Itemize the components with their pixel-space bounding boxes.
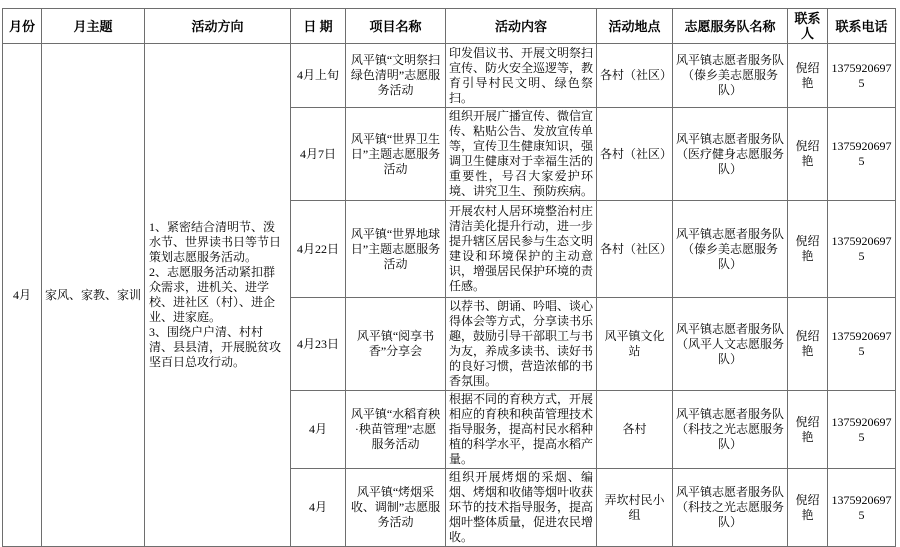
project-cell: 风平镇“世界地球日”主题志愿服务活动: [346, 201, 446, 298]
date-cell: 4月: [291, 469, 346, 519]
date-cell: 4月7日: [291, 108, 346, 201]
contact-cell: 倪绍艳: [788, 298, 828, 391]
contact-cell: 倪绍艳: [788, 201, 828, 298]
content-cell: 开展农村人居环境整治村庄清洁美化提升行动，进一步提升辖区居民参与生态文明建设和环…: [446, 201, 597, 298]
location-cell: 各村（社区）: [597, 44, 673, 108]
contact-cell: 倪绍艳: [788, 469, 828, 519]
date-cell: 4月23日: [291, 298, 346, 391]
date-cell: 4月: [291, 391, 346, 469]
phone-cell: 13759206975: [828, 391, 896, 469]
phone-cell: 13759206975: [828, 108, 896, 201]
location-cell: 各村（社区）: [597, 108, 673, 201]
location-cell: 弄坎村民小组: [597, 469, 673, 519]
location-cell: 各村（社区）: [597, 201, 673, 298]
team-cell: 风平镇志愿者服务队（医疗健身志愿服务队）: [673, 108, 788, 201]
header-date: 日 期: [291, 9, 346, 44]
content-cell: 组织开展烤烟的采烟、编烟、烤烟和收储等烟叶收获环节的技术指导服务，提高烟叶整体质…: [446, 469, 597, 519]
project-cell: 风平镇“文明祭扫绿色清明”志愿服务活动: [346, 44, 446, 108]
project-cell: 风平镇“水稻育秧·秧苗管理”志愿服务活动: [346, 391, 446, 469]
location-cell: 各村: [597, 391, 673, 469]
header-month-theme: 月主题: [42, 9, 145, 44]
header-contact: 联系人: [788, 9, 828, 44]
content-cell: 根据不同的育秧方式，开展相应的育秧和秧苗管理技术指导服务，提高村民水稻种植的科学…: [446, 391, 597, 469]
table-row: 4月 家风、家教、家训 1、紧密结合清明节、泼水节、世界读书日等节日策划志愿服务…: [3, 44, 896, 108]
project-cell: 风平镇“世界卫生日”主题志愿服务活动: [346, 108, 446, 201]
header-phone: 联系电话: [828, 9, 896, 44]
content-cell: 印发倡议书、开展文明祭扫宣传、防火安全巡逻等，教育引导村民文明、绿色祭扫。: [446, 44, 597, 108]
contact-cell: 倪绍艳: [788, 44, 828, 108]
month-theme-cell: 家风、家教、家训: [42, 44, 145, 519]
team-cell: 风平镇志愿者服务队（傣乡美志愿服务队）: [673, 201, 788, 298]
phone-cell: 13759206975: [828, 298, 896, 391]
phone-cell: 13759206975: [828, 44, 896, 108]
document-sheet: 月份 月主题 活动方向 日 期 项目名称 活动内容 活动地点 志愿服务队名称 联…: [2, 8, 896, 518]
date-cell: 4月22日: [291, 201, 346, 298]
month-cell: 4月: [3, 44, 42, 519]
project-cell: 风平镇“烤烟采收、调制”志愿服务活动: [346, 469, 446, 519]
contact-cell: 倪绍艳: [788, 108, 828, 201]
header-direction: 活动方向: [145, 9, 291, 44]
content-cell: 以荐书、朗诵、吟唱、谈心得体会等方式，分享读书乐趣，鼓励引导干部职工与书为友，养…: [446, 298, 597, 391]
project-cell: 风平镇“阅享书香”分享会: [346, 298, 446, 391]
header-content: 活动内容: [446, 9, 597, 44]
header-team-name: 志愿服务队名称: [673, 9, 788, 44]
header-project-name: 项目名称: [346, 9, 446, 44]
contact-cell: 倪绍艳: [788, 391, 828, 469]
content-cell: 组织开展广播宣传、微信宣传、粘贴公告、发放宣传单等，宣传卫生健康知识，强调卫生健…: [446, 108, 597, 201]
direction-cell: 1、紧密结合清明节、泼水节、世界读书日等节日策划志愿服务活动。 2、志愿服务活动…: [145, 44, 291, 519]
team-cell: 风平镇志愿者服务队（风平人文志愿服务队）: [673, 298, 788, 391]
header-month: 月份: [3, 9, 42, 44]
header-row: 月份 月主题 活动方向 日 期 项目名称 活动内容 活动地点 志愿服务队名称 联…: [3, 9, 896, 44]
volunteer-schedule-table: 月份 月主题 活动方向 日 期 项目名称 活动内容 活动地点 志愿服务队名称 联…: [2, 8, 896, 518]
phone-cell: 13759206975: [828, 469, 896, 519]
location-cell: 风平镇文化站: [597, 298, 673, 391]
team-cell: 风平镇志愿者服务队（傣乡美志愿服务队）: [673, 44, 788, 108]
team-cell: 风平镇志愿者服务队（科技之光志愿服务队）: [673, 391, 788, 469]
phone-cell: 13759206975: [828, 201, 896, 298]
date-cell: 4月上旬: [291, 44, 346, 108]
team-cell: 风平镇志愿者服务队（科技之光志愿服务队）: [673, 469, 788, 519]
header-location: 活动地点: [597, 9, 673, 44]
